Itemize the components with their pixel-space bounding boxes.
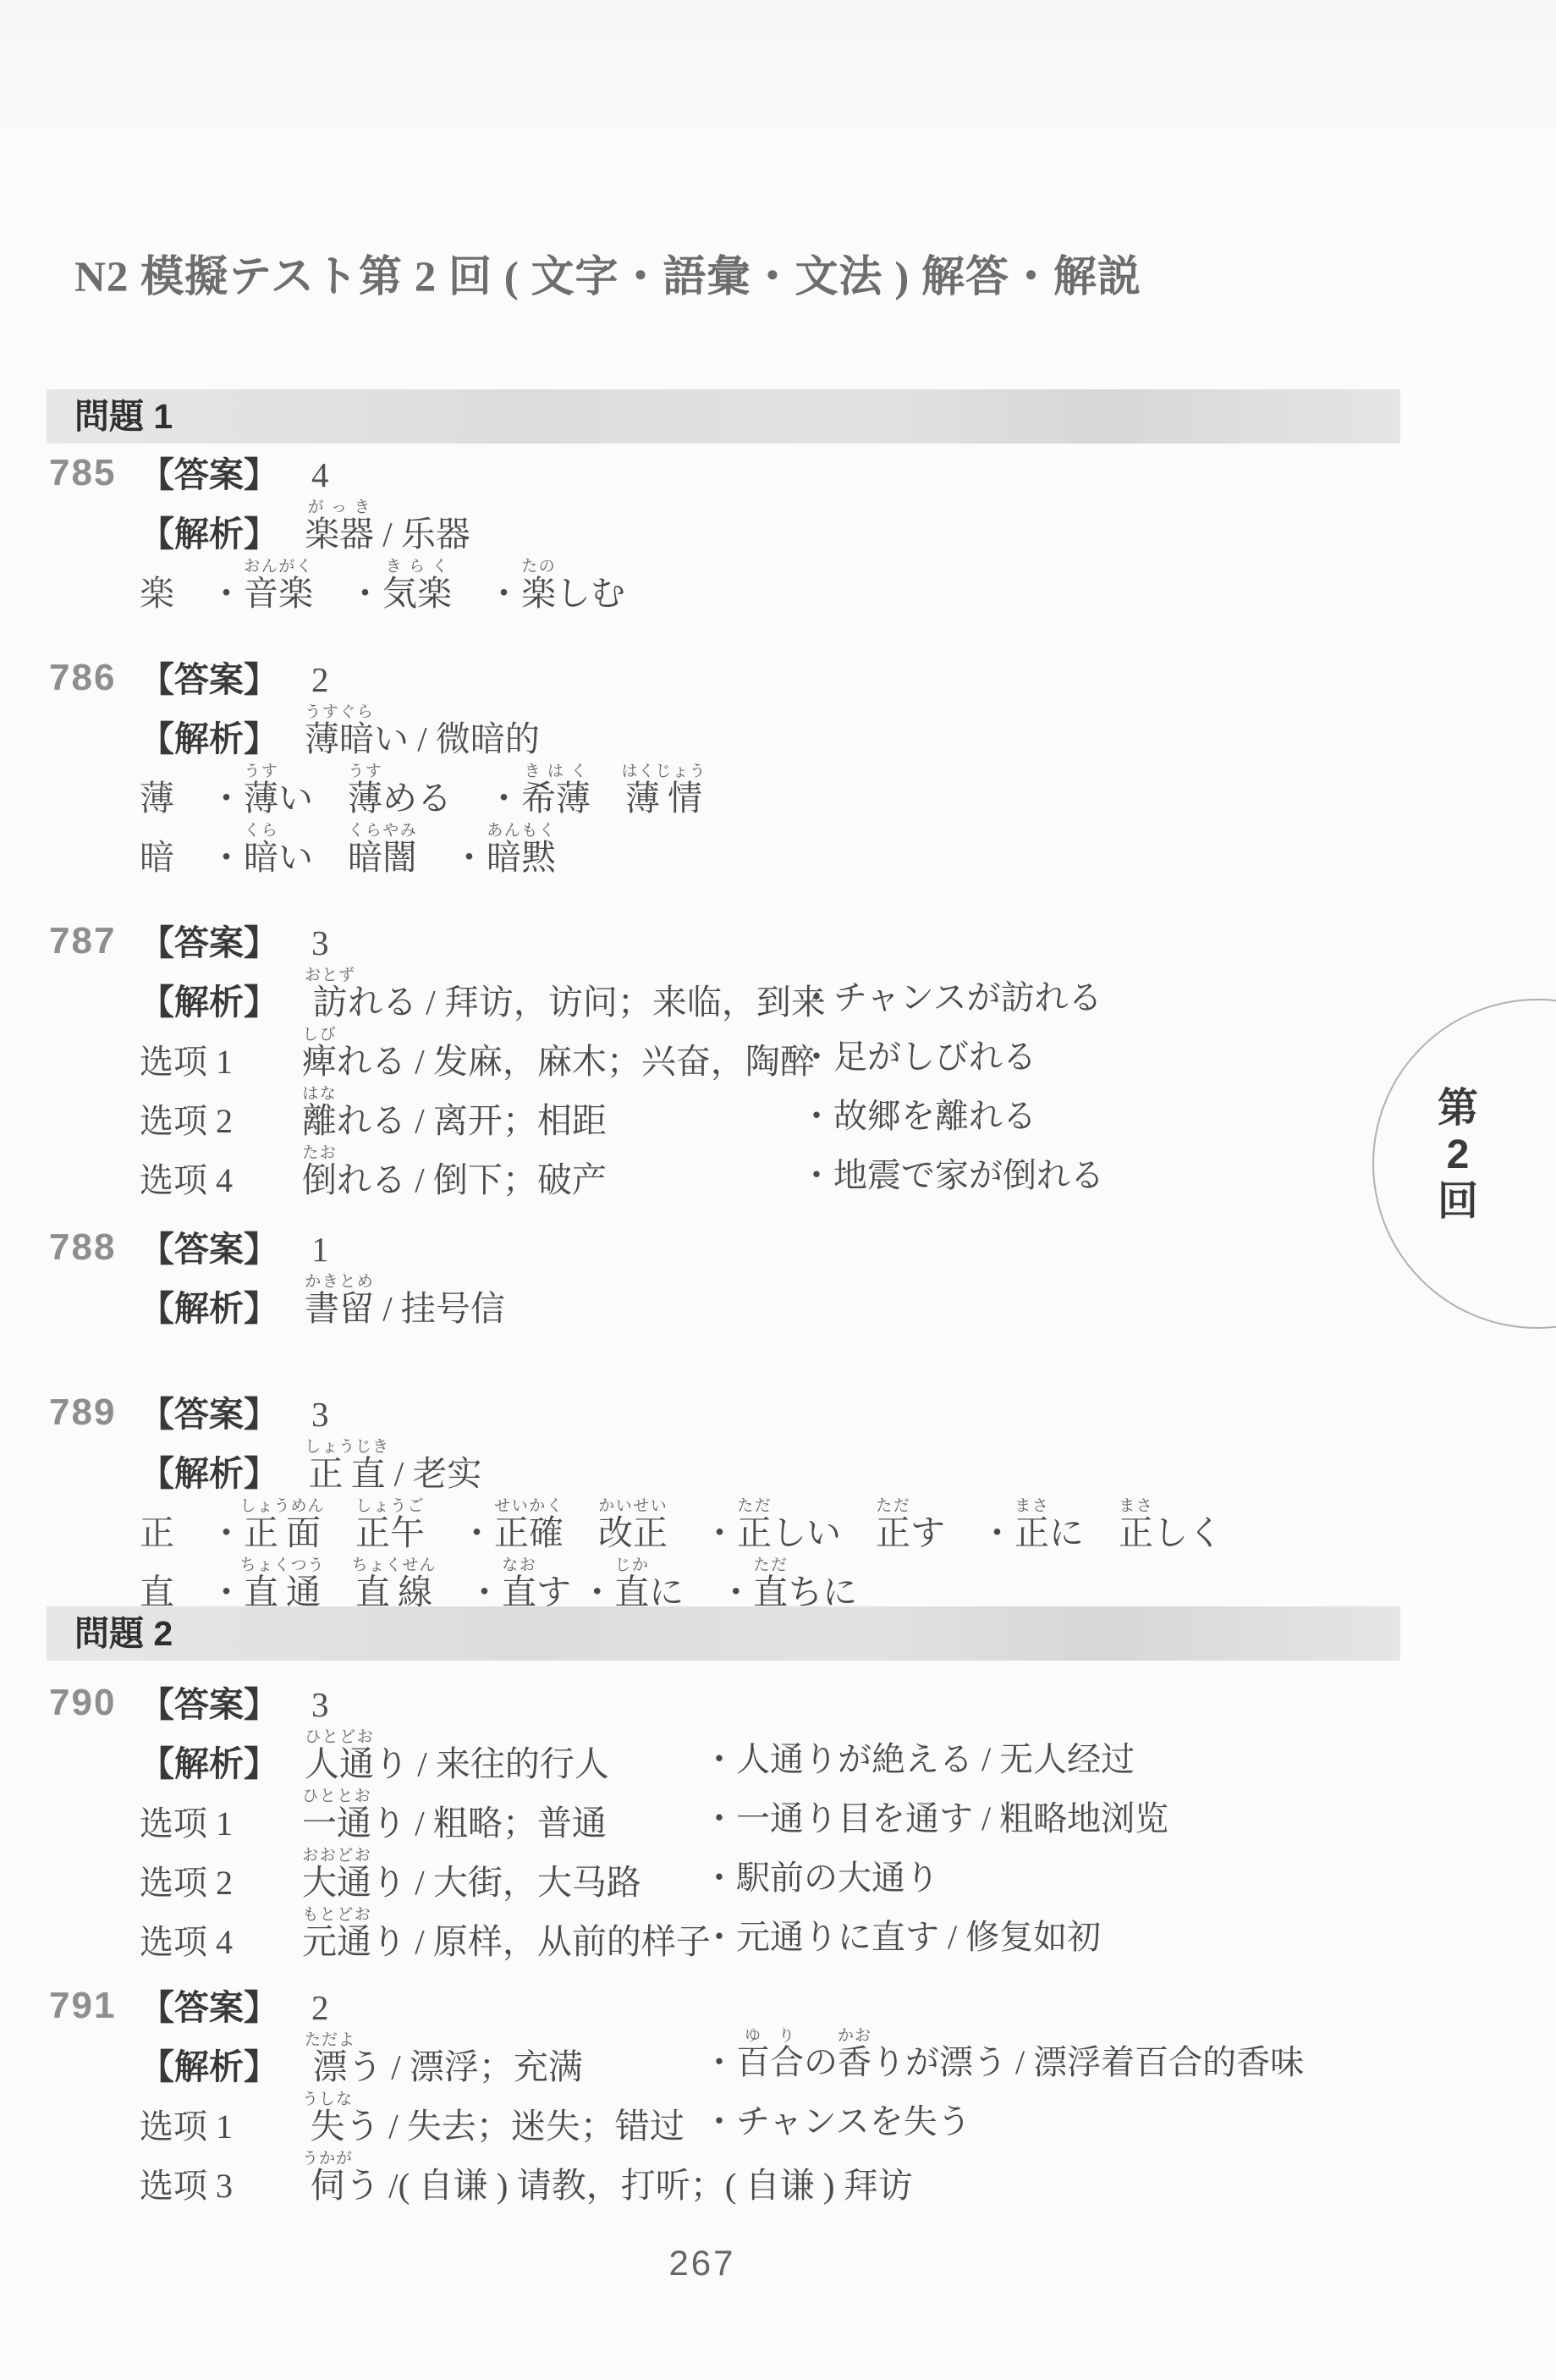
answer-label: 【答案】 xyxy=(140,1230,305,1270)
option-label: 选项 2 xyxy=(140,1102,302,1141)
option-label: 选项 4 xyxy=(140,1923,302,1962)
ruby-annotated-word: 漂ただよ xyxy=(305,2047,348,2086)
kanji-usage-row: 正・正面しょうめん 正午しょうご ・正確せいかく 改正かいせい ・正ただしい 正… xyxy=(47,1494,1409,1553)
ruby-annotated-word: 楽たの xyxy=(521,574,556,613)
ruby-annotated-word: 正ただ xyxy=(737,1513,772,1552)
ruby-annotated-word: 薄うす xyxy=(348,779,382,818)
ruby-annotated-word: 正直しょうじき xyxy=(305,1454,386,1493)
ruby-annotated-word: 大通おおどお xyxy=(302,1863,371,1902)
example-text: ・一通り目を通す / 粗略地浏览 xyxy=(702,1799,1168,1838)
example-text: ・地震で家が倒れる xyxy=(800,1156,1104,1195)
explain-text: 訪おとずれる / 拜访，访问；来临，到来 xyxy=(305,967,826,1022)
side-tab-char: 回 xyxy=(1427,1178,1489,1225)
explain-text: 痺しびれる / 发麻，麻木；兴奋，陶醉 xyxy=(302,1026,815,1082)
answer-row: 791【答案】2 xyxy=(47,1969,1409,2028)
explain-text: 人通ひとどおり / 来往的行人 xyxy=(305,1728,609,1784)
side-tab-char: 2 xyxy=(1427,1132,1489,1178)
item-number: 786 xyxy=(47,657,116,698)
ruby-annotated-word: 書留かきとめ xyxy=(305,1289,374,1328)
ruby-annotated-word: 暗闇くらやみ xyxy=(348,838,417,877)
example-text: ・足がしびれる xyxy=(800,1038,1036,1077)
answer-row: 786【答案】2 xyxy=(47,641,1409,700)
explain-label: 【解析】 xyxy=(140,983,305,1022)
answer-label: 【答案】 xyxy=(140,1395,305,1435)
answer-label: 【答案】 xyxy=(140,923,305,963)
item-number: 788 xyxy=(47,1226,116,1268)
explain-label: 【解析】 xyxy=(140,719,305,759)
item-number: 785 xyxy=(47,452,116,493)
item: 787【答案】3【解析】訪おとずれる / 拜访，访问；来临，到来・チャンスが訪れ… xyxy=(47,904,1409,1200)
explain-text: 一通ひととおり / 粗略；普通 xyxy=(302,1788,607,1843)
item-number-gutter: 787 xyxy=(47,920,140,963)
item: 785【答案】4【解析】楽器がっき / 乐器楽・音楽おんがく ・気楽きらく ・楽… xyxy=(47,436,1409,614)
option-row: 选项 1一通ひととおり / 粗略；普通・一通り目を通す / 粗略地浏览 xyxy=(47,1784,1409,1843)
kanji-usage-row: 暗・暗くらい 暗闇くらやみ ・暗黙あんもく xyxy=(47,818,1409,878)
ruby-annotated-word: 直通ちょくつう xyxy=(244,1573,321,1611)
item-number-gutter: 788 xyxy=(47,1226,140,1270)
kanji-char: 正 xyxy=(140,1513,209,1553)
option-row: 选项 1痺しびれる / 发麻，麻木；兴奋，陶醉・足がしびれる xyxy=(47,1022,1409,1082)
item: 790【答案】3【解析】人通ひとどおり / 来往的行人・人通りが絶える / 无人… xyxy=(47,1666,1409,1962)
option-row: 选项 3伺うかがう /( 自谦 ) 请教，打听；( 自谦 ) 拜访 xyxy=(47,2146,1409,2206)
ruby-annotated-word: 楽器がっき xyxy=(305,515,374,554)
explain-text: ・正面しょうめん 正午しょうご ・正確せいかく 改正かいせい ・正ただしい 正た… xyxy=(209,1497,1223,1553)
answer-row: 789【答案】3 xyxy=(47,1375,1409,1435)
ruby-annotated-word: 正確せいかく xyxy=(494,1513,564,1552)
explanation-row: 【解析】楽器がっき / 乐器 xyxy=(47,495,1409,554)
ruby-annotated-word: 直線ちょくせん xyxy=(355,1573,432,1611)
item: 788【答案】1【解析】書留かきとめ / 挂号信 xyxy=(47,1210,1409,1329)
answer-value: 3 xyxy=(305,1685,329,1725)
ruby-annotated-word: 一通ひととお xyxy=(302,1804,371,1843)
explain-label: 【解析】 xyxy=(140,1454,305,1494)
option-label: 选项 1 xyxy=(140,1043,302,1082)
example-text: ・百合ゆりの香かおりが漂う / 漂浮着百合的香味 xyxy=(702,2027,1304,2082)
ruby-annotated-word: 失うしな xyxy=(302,2107,345,2146)
explanation-row: 【解析】訪おとずれる / 拜访，访问；来临，到来・チャンスが訪れる xyxy=(47,963,1409,1022)
page-title: N2 模擬テスト第 2 回 ( 文字・語彙・文法 ) 解答・解説 xyxy=(74,241,1141,304)
item-number: 787 xyxy=(47,920,116,961)
option-label: 选项 3 xyxy=(140,2167,302,2206)
kanji-char: 暗 xyxy=(140,838,209,878)
side-tab: 第 2 回 xyxy=(1427,1085,1489,1225)
kanji-char: 薄 xyxy=(140,779,209,818)
ruby-annotated-word: 元通もとどお xyxy=(302,1922,371,1961)
ruby-annotated-word: 直なお xyxy=(502,1573,536,1611)
option-label: 选项 2 xyxy=(140,1864,302,1903)
answer-value: 2 xyxy=(305,660,329,700)
answer-label: 【答案】 xyxy=(140,1685,305,1725)
ruby-annotated-word: 直じか xyxy=(614,1573,649,1611)
option-label: 选项 1 xyxy=(140,2107,302,2146)
example-text: ・駅前の大通り xyxy=(702,1859,939,1898)
item-number: 790 xyxy=(47,1682,116,1723)
ruby-annotated-word: 離はな xyxy=(302,1101,337,1140)
explain-label: 【解析】 xyxy=(140,1744,305,1784)
option-row: 选项 2離はなれる / 离开；相距・故郷を離れる xyxy=(47,1082,1409,1141)
explain-text: 失うしなう / 失去；迷失；错过 xyxy=(302,2091,685,2146)
ruby-annotated-word: 百合ゆり xyxy=(736,2043,804,2081)
explain-label: 【解析】 xyxy=(140,1289,305,1329)
explain-text: 正直しょうじき / 老实 xyxy=(305,1438,481,1494)
option-row: 选项 4元通もとどおり / 原样，从前的样子・元通りに直す / 修复如初 xyxy=(47,1903,1409,1962)
explanation-row: 【解析】正直しょうじき / 老实 xyxy=(47,1435,1409,1494)
section-header: 問題 2 xyxy=(47,1606,1400,1661)
explain-text: 薄暗うすぐらい / 微暗的 xyxy=(305,703,540,759)
ruby-annotated-word: 暗黙あんもく xyxy=(487,838,556,877)
option-row: 选项 2大通おおどおり / 大街，大马路・駅前の大通り xyxy=(47,1843,1409,1903)
explanation-row: 【解析】書留かきとめ / 挂号信 xyxy=(47,1270,1409,1329)
explain-text: 伺うかがう /( 自谦 ) 请教，打听；( 自谦 ) 拜访 xyxy=(302,2150,913,2206)
kanji-usage-row: 楽・音楽おんがく ・気楽きらく ・楽たのしむ xyxy=(47,554,1409,614)
answer-row: 785【答案】4 xyxy=(47,436,1409,495)
ruby-annotated-word: 倒たお xyxy=(302,1160,337,1199)
answer-label: 【答案】 xyxy=(140,455,305,495)
ruby-annotated-word: 伺うかが xyxy=(302,2166,345,2205)
ruby-annotated-word: 香かお xyxy=(838,2043,871,2081)
scanned-book-page: N2 模擬テスト第 2 回 ( 文字・語彙・文法 ) 解答・解説 問題 1785… xyxy=(0,0,1556,2380)
ruby-annotated-word: 薄うす xyxy=(244,779,278,818)
ruby-annotated-word: 希薄きはく xyxy=(521,779,591,818)
explanation-row: 【解析】人通ひとどおり / 来往的行人・人通りが絶える / 无人经过 xyxy=(47,1725,1409,1784)
ruby-annotated-word: 薄暗うすぐら xyxy=(305,719,374,758)
item-number: 791 xyxy=(47,1985,116,2026)
explain-text: 元通もとどおり / 原样，从前的样子 xyxy=(302,1906,711,1962)
item-number-gutter: 786 xyxy=(47,657,140,700)
explain-text: ・音楽おんがく ・気楽きらく ・楽たのしむ xyxy=(209,558,625,614)
explanation-row: 【解析】薄暗うすぐらい / 微暗的 xyxy=(47,700,1409,759)
ruby-annotated-word: 気楽きらく xyxy=(382,574,452,613)
option-row: 选项 1失うしなう / 失去；迷失；错过・チャンスを失う xyxy=(47,2087,1409,2146)
option-label: 选项 4 xyxy=(140,1161,302,1200)
ruby-annotated-word: 痺しび xyxy=(302,1042,337,1081)
explain-text: ・直通ちょくつう 直線ちょくせん ・直なおす ・直じかに ・直ただちに xyxy=(209,1556,857,1612)
answer-value: 1 xyxy=(305,1230,329,1270)
item: 786【答案】2【解析】薄暗うすぐらい / 微暗的薄・薄うすい 薄うすめる ・希… xyxy=(47,641,1409,878)
ruby-annotated-word: 暗くら xyxy=(244,838,278,877)
explain-text: 大通おおどおり / 大街，大马路 xyxy=(302,1847,641,1903)
explain-text: 倒たおれる / 倒下；破产 xyxy=(302,1144,607,1200)
answer-label: 【答案】 xyxy=(140,1988,305,2028)
answer-value: 2 xyxy=(305,1988,329,2028)
page-number: 267 xyxy=(643,2243,762,2284)
explain-label: 【解析】 xyxy=(140,2047,305,2087)
example-text: ・元通りに直す / 修复如初 xyxy=(702,1918,1101,1957)
option-row: 选项 4倒たおれる / 倒下；破产・地震で家が倒れる xyxy=(47,1141,1409,1200)
explanation-row: 【解析】漂ただよう / 漂浮；充满・百合ゆりの香かおりが漂う / 漂浮着百合的香… xyxy=(47,2028,1409,2087)
explain-text: 書留かきとめ / 挂号信 xyxy=(305,1273,505,1329)
item-number-gutter: 789 xyxy=(47,1391,140,1435)
example-text: ・チャンスを失う xyxy=(702,2102,971,2141)
item-number-gutter: 790 xyxy=(47,1682,140,1725)
ruby-annotated-word: 直ただ xyxy=(753,1573,788,1611)
item-number-gutter: 785 xyxy=(47,452,140,495)
answer-label: 【答案】 xyxy=(140,660,305,700)
explain-text: ・暗くらい 暗闇くらやみ ・暗黙あんもく xyxy=(209,822,556,878)
answer-value: 4 xyxy=(305,455,329,495)
kanji-usage-row: 薄・薄うすい 薄うすめる ・希薄きはく 薄情はくじょう xyxy=(47,759,1409,818)
answer-value: 3 xyxy=(305,923,329,963)
item-number: 789 xyxy=(47,1391,116,1433)
explain-text: ・薄うすい 薄うすめる ・希薄きはく 薄情はくじょう xyxy=(209,763,707,818)
ruby-annotated-word: 正ただ xyxy=(876,1513,910,1552)
item: 791【答案】2【解析】漂ただよう / 漂浮；充满・百合ゆりの香かおりが漂う /… xyxy=(47,1969,1409,2206)
answer-value: 3 xyxy=(305,1395,329,1435)
example-text: ・人通りが絶える / 无人经过 xyxy=(702,1740,1135,1779)
ruby-annotated-word: 正午しょうご xyxy=(355,1513,425,1552)
item: 789【答案】3【解析】正直しょうじき / 老实正・正面しょうめん 正午しょうご… xyxy=(47,1375,1409,1612)
answer-row: 787【答案】3 xyxy=(47,904,1409,963)
ruby-annotated-word: 改正かいせい xyxy=(598,1513,668,1552)
explain-text: 楽器がっき / 乐器 xyxy=(305,499,470,554)
explain-text: 漂ただよう / 漂浮；充满 xyxy=(305,2031,583,2087)
side-tab-char: 第 xyxy=(1427,1085,1489,1132)
ruby-annotated-word: 正まさ xyxy=(1014,1513,1049,1552)
ruby-annotated-word: 薄情はくじょう xyxy=(625,779,707,818)
ruby-annotated-word: 音楽おんがく xyxy=(244,574,313,613)
ruby-annotated-word: 正面しょうめん xyxy=(244,1513,321,1552)
answer-row: 788【答案】1 xyxy=(47,1210,1409,1270)
item-number-gutter: 791 xyxy=(47,1985,140,2028)
kanji-char: 楽 xyxy=(140,574,209,614)
kanji-usage-row: 直・直通ちょくつう 直線ちょくせん ・直なおす ・直じかに ・直ただちに xyxy=(47,1553,1409,1612)
ruby-annotated-word: 人通ひとどお xyxy=(305,1744,374,1783)
section-header-bar: 問題 2 xyxy=(47,1606,1400,1661)
explain-text: 離はなれる / 离开；相距 xyxy=(302,1085,607,1141)
explain-label: 【解析】 xyxy=(140,515,305,554)
example-text: ・チャンスが訪れる xyxy=(800,978,1102,1017)
example-text: ・故郷を離れる xyxy=(800,1097,1036,1136)
ruby-annotated-word: 訪おとず xyxy=(305,983,348,1022)
answer-row: 790【答案】3 xyxy=(47,1666,1409,1725)
ruby-annotated-word: 正まさ xyxy=(1119,1513,1153,1552)
option-label: 选项 1 xyxy=(140,1804,302,1843)
